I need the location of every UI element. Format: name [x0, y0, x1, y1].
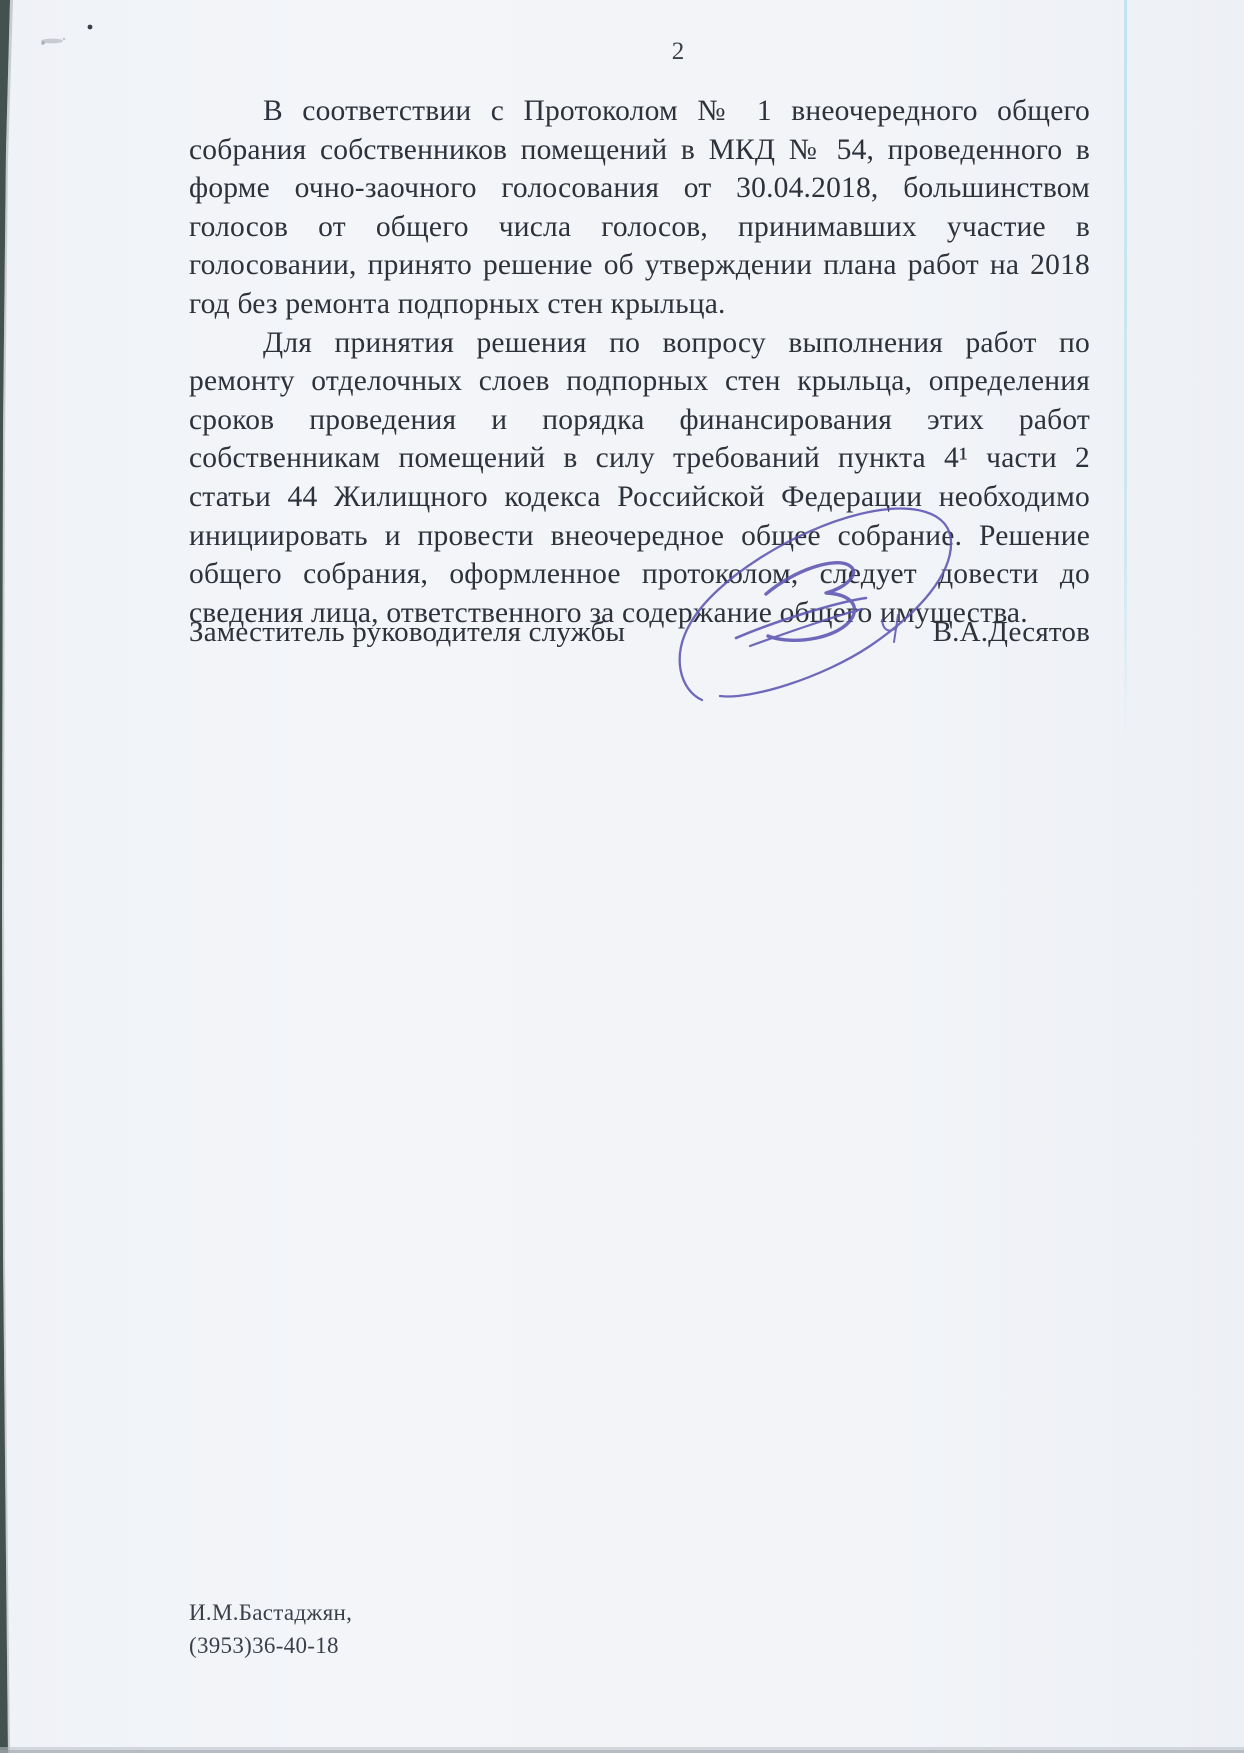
speck-light: [41, 41, 45, 45]
signature-loop: [680, 509, 951, 700]
executor-phone: (3953)36-40-18: [189, 1629, 352, 1662]
executor-block: И.М.Бастаджян, (3953)36-40-18: [189, 1596, 352, 1662]
scanner-streak: [1124, 0, 1127, 740]
handwritten-signature: [598, 452, 988, 730]
signature-letter: [766, 563, 854, 641]
speck-tiny: [63, 38, 65, 40]
executor-name: И.М.Бастаджян,: [189, 1596, 352, 1629]
bottom-scan-edge: [0, 1747, 1244, 1753]
paragraph-resolution: В соответствии с Протоколом № 1 внеочере…: [189, 92, 1090, 324]
speck-smudge: [41, 39, 63, 44]
left-scan-edge: [0, 0, 10, 1753]
page-number: 2: [658, 38, 698, 66]
signatory-title: Заместитель руководителя службы: [189, 616, 625, 649]
left-scan-edge-soft: [2, 0, 13, 1753]
signature-flourish: [736, 598, 866, 638]
speck-dark: [88, 25, 93, 30]
signature-tail-glyph: [882, 615, 898, 642]
